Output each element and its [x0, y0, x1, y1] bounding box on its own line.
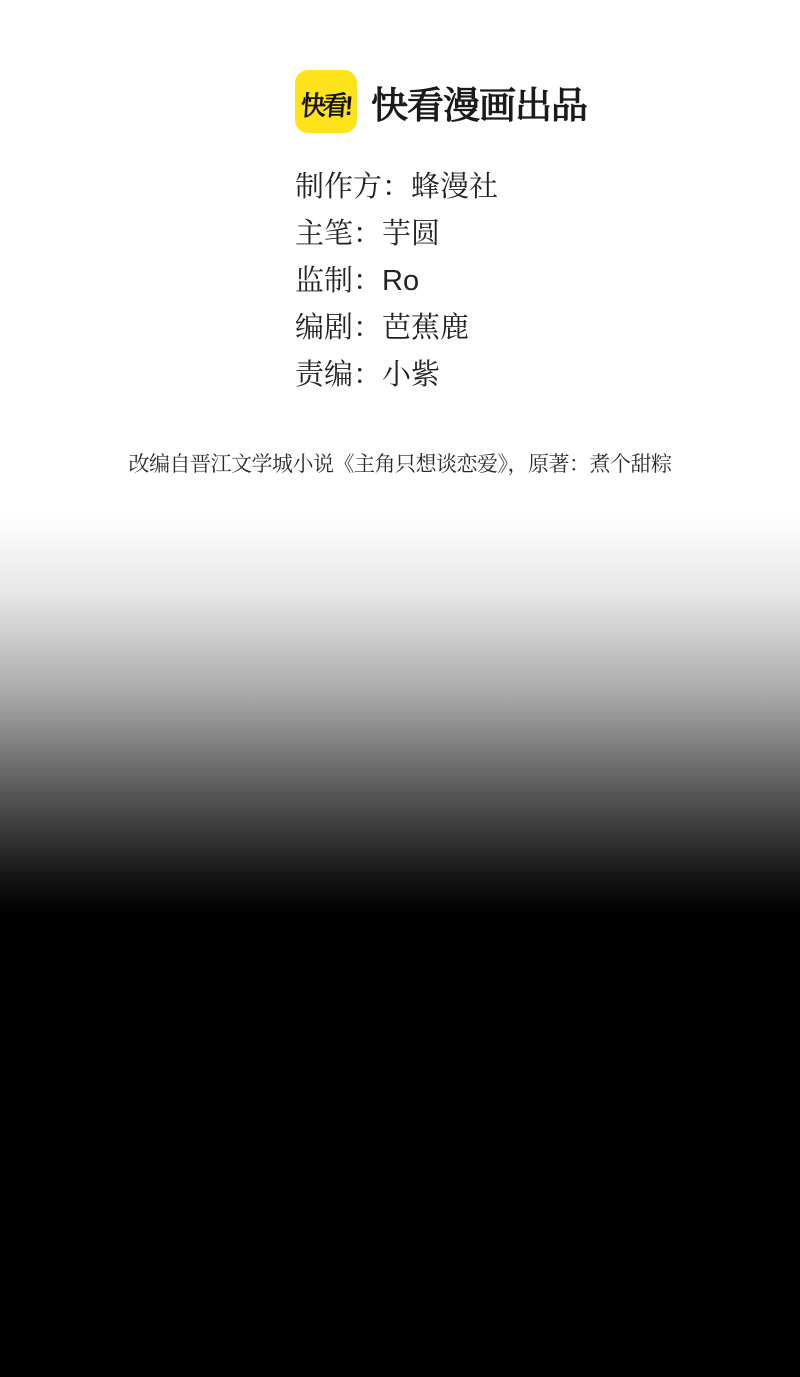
- credit-line-supervisor: 监制：Ro: [295, 258, 498, 305]
- credit-line-lead-artist: 主笔：芋圆: [295, 211, 498, 258]
- comic-credits-page: 快看! 快看漫画出品 制作方：蜂漫社 主笔：芋圆 监制：Ro 编剧：芭蕉鹿 责编…: [0, 0, 800, 1377]
- credit-line-screenwriter: 编剧：芭蕉鹿: [295, 305, 498, 352]
- kuaikan-logo-icon: 快看!: [295, 70, 357, 133]
- publisher-brand-text: 快看漫画出品: [371, 75, 587, 129]
- publisher-brand-row: 快看! 快看漫画出品: [295, 70, 587, 133]
- credit-line-editor: 责编：小紫: [295, 352, 498, 399]
- credit-line-producer: 制作方：蜂漫社: [295, 164, 498, 211]
- adaptation-note: 改编自晋江文学城小说《主角只想谈恋爱》，原著：煮个甜粽: [0, 450, 800, 480]
- credits-list: 制作方：蜂漫社 主笔：芋圆 监制：Ro 编剧：芭蕉鹿 责编：小紫: [295, 164, 498, 399]
- kuaikan-logo-badge-text: 快看!: [300, 84, 352, 123]
